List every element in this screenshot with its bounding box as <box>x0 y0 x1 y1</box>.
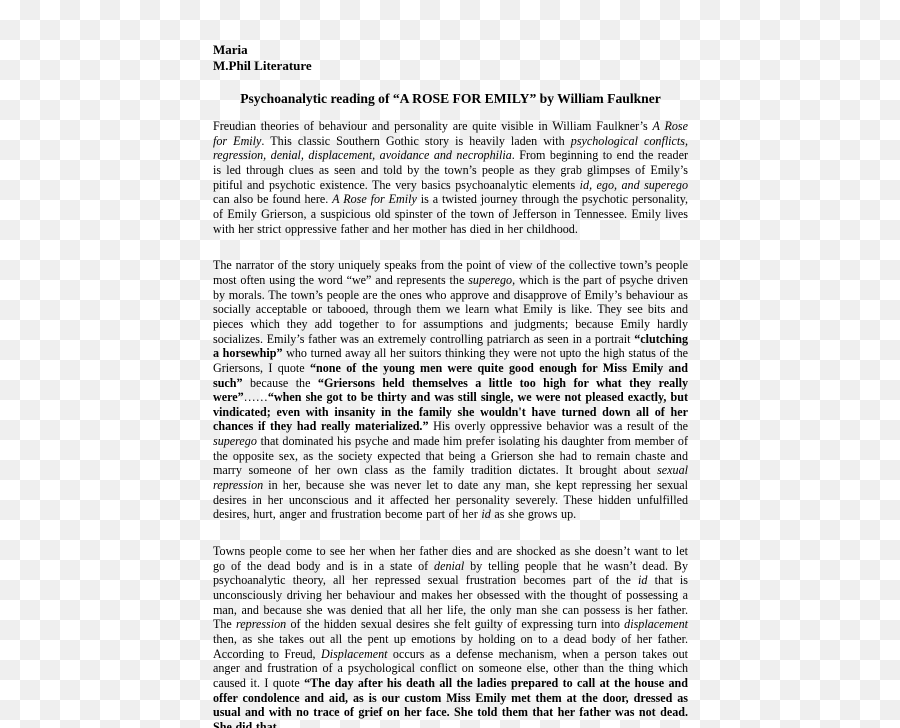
essay-body: Freudian theories of behaviour and perso… <box>213 119 688 728</box>
document-page: Maria M.Phil Literature Psychoanalytic r… <box>213 42 688 728</box>
transparency-checkerboard-background: { "background": { "checker_light": "#fff… <box>0 0 900 728</box>
author-name: Maria <box>213 42 688 58</box>
author-qualification: M.Phil Literature <box>213 58 688 74</box>
paragraph-intro: Freudian theories of behaviour and perso… <box>213 119 688 236</box>
essay-title: Psychoanalytic reading of “A ROSE FOR EM… <box>213 91 688 106</box>
paragraph-denial-displacement: Towns people come to see her when her fa… <box>213 544 688 728</box>
paragraph-narrator-superego: The narrator of the story uniquely speak… <box>213 258 688 522</box>
author-block: Maria M.Phil Literature <box>213 42 688 74</box>
